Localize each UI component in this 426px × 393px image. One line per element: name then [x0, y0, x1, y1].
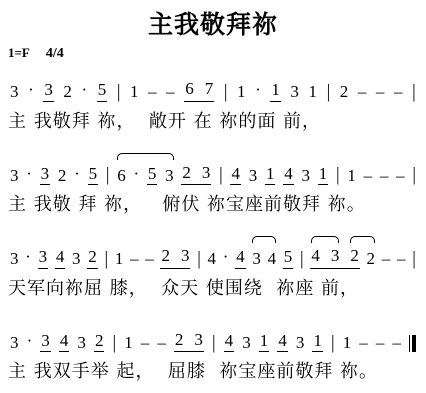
note: 2 — [87, 247, 98, 269]
note: 3 — [290, 82, 299, 102]
barline: | — [212, 331, 216, 353]
note: 3 — [40, 331, 51, 353]
note: 3 — [77, 333, 86, 353]
slur-arc — [350, 236, 375, 243]
note: 1 — [259, 331, 270, 353]
note: 1 — [343, 333, 352, 353]
note: 3 — [181, 246, 190, 267]
note: 6 — [117, 166, 126, 186]
music-line-3: 3·3432|1––23|4·4345|4322––|天军向祢屈 膝， 众天 使… — [8, 231, 418, 300]
barline: | — [113, 331, 117, 353]
barline: | — [117, 80, 121, 102]
beam-group: 23 — [174, 330, 204, 353]
note: 2 — [182, 163, 191, 184]
note: 4 — [230, 164, 241, 186]
music-line-4: 3·3432|1––23|431431|1–––主 我双手举 起， 屈膝 祢宝座… — [8, 315, 418, 384]
lyrics-row: 天军向祢屈 膝， 众天 使围绕 祢座 前， — [8, 274, 418, 300]
duration-dash: – — [380, 166, 389, 186]
duration-dash: – — [359, 333, 368, 353]
duration-dash: – — [394, 82, 403, 102]
note: 3 — [10, 333, 19, 353]
note: 1 — [347, 166, 356, 186]
duration-dash: – — [396, 166, 405, 186]
lyrics-row: 主 我敬拜 祢， 敞开 在 祢的面 前， — [8, 107, 418, 133]
note: 3 — [10, 166, 19, 186]
note: 1 — [318, 164, 329, 186]
duration-dash: – — [382, 249, 391, 269]
note: 3 — [194, 330, 203, 351]
note: 4 — [283, 164, 294, 186]
note: 3 — [249, 166, 258, 186]
note: 5 — [147, 164, 158, 186]
note: 5 — [283, 247, 294, 269]
beam-group: 432 — [310, 246, 360, 269]
note: 3 — [165, 166, 174, 186]
note: 2 — [161, 246, 170, 267]
lyrics-row: 主 我双手举 起， 屈膝 祢宝座前敬拜 祢。 — [8, 357, 418, 383]
augmentation-dot: · — [26, 164, 32, 186]
beam-group: 23 — [160, 246, 190, 269]
augmentation-dot: · — [27, 331, 33, 353]
barline: | — [331, 331, 335, 353]
duration-dash: – — [157, 333, 166, 353]
note: 3 — [10, 82, 19, 102]
note: 2 — [175, 330, 184, 351]
note: 3 — [301, 166, 310, 186]
note: 1 — [312, 331, 323, 353]
barline: | — [327, 80, 331, 102]
music-line-2: 3·32·5|6·5323|431431|1–––|主 我敬 拜 祢， 俯伏 祢… — [8, 148, 418, 217]
augmentation-dot: · — [255, 80, 261, 102]
note: 3 — [242, 333, 251, 353]
note: 3 — [72, 249, 81, 269]
note: 1 — [270, 80, 281, 102]
note: 4 — [235, 247, 246, 269]
note: 1 — [308, 82, 317, 102]
note: 1 — [115, 249, 124, 269]
note: 1 — [237, 82, 246, 102]
music-lines: 3·32·5|1––67|1·131|2–––|主 我敬拜 祢， 敞开 在 祢的… — [8, 64, 418, 383]
note: 1 — [265, 164, 276, 186]
note: 3 — [43, 80, 54, 102]
note: 2 — [58, 166, 67, 186]
note: 4 — [268, 249, 277, 269]
slur-arc — [117, 153, 173, 160]
augmentation-dot: · — [25, 247, 31, 269]
note: 2 — [350, 246, 359, 267]
sheet-music-page: 主我敬拜祢 1=F4/4 3·32·5|1––67|1·131|2–––|主 我… — [0, 0, 426, 383]
barline: | — [412, 164, 416, 186]
note: 3 — [202, 163, 211, 184]
final-barline — [409, 335, 416, 352]
duration-dash: – — [358, 82, 367, 102]
barline: | — [104, 247, 108, 269]
augmentation-dot: · — [28, 80, 34, 102]
key-signature: 1=F — [8, 45, 30, 60]
note: 6 — [185, 79, 194, 100]
song-title: 主我敬拜祢 — [8, 5, 418, 41]
duration-dash: – — [166, 82, 175, 102]
duration-dash: – — [141, 333, 150, 353]
duration-dash: – — [376, 82, 385, 102]
note: 4 — [311, 246, 320, 267]
note: 3 — [40, 164, 51, 186]
barline: | — [300, 247, 304, 269]
note: 3 — [252, 249, 261, 269]
note: 3 — [296, 333, 305, 353]
duration-dash: – — [392, 333, 401, 353]
note: 1 — [130, 82, 139, 102]
signature-row: 1=F4/4 — [8, 45, 418, 62]
duration-dash: – — [130, 249, 139, 269]
note: 3 — [10, 249, 19, 269]
augmentation-dot: · — [223, 247, 229, 269]
note: 5 — [88, 164, 99, 186]
note: 2 — [367, 249, 376, 269]
note: 3 — [38, 247, 49, 269]
notation-row: 3·3432|1––23|4·4345|4322––| — [8, 231, 418, 271]
note: 4 — [59, 331, 70, 353]
note: 2 — [340, 82, 349, 102]
note: 4 — [55, 247, 66, 269]
note: 4 — [277, 331, 288, 353]
duration-dash: – — [148, 82, 157, 102]
note: 4 — [208, 249, 217, 269]
note: 3 — [331, 246, 340, 267]
barline: | — [412, 80, 416, 102]
slur-arc — [311, 236, 339, 243]
slur-arc — [252, 236, 276, 243]
barline: | — [412, 247, 416, 269]
notation-row: 3·32·5|1––67|1·131|2–––| — [8, 64, 418, 104]
time-signature: 4/4 — [46, 46, 64, 61]
barline: | — [106, 164, 110, 186]
duration-dash: – — [376, 333, 385, 353]
beam-group: 67 — [184, 79, 214, 102]
augmentation-dot: · — [133, 164, 139, 186]
barline: | — [219, 164, 223, 186]
note: 2 — [94, 331, 105, 353]
barline: | — [224, 80, 228, 102]
note: 5 — [97, 80, 108, 102]
note: 4 — [224, 331, 235, 353]
beam-group: 23 — [181, 163, 211, 186]
barline: | — [197, 247, 201, 269]
duration-dash: – — [397, 249, 406, 269]
note: 1 — [124, 333, 133, 353]
note: 2 — [63, 82, 72, 102]
lyrics-row: 主 我敬 拜 祢， 俯伏 祢宝座前敬拜 祢。 — [8, 190, 418, 216]
notation-row: 3·3432|1––23|431431|1––– — [8, 315, 418, 355]
augmentation-dot: · — [74, 164, 80, 186]
barline: | — [336, 164, 340, 186]
note: 7 — [205, 79, 214, 100]
music-line-1: 3·32·5|1––67|1·131|2–––|主 我敬拜 祢， 敞开 在 祢的… — [8, 64, 418, 133]
augmentation-dot: · — [81, 80, 87, 102]
duration-dash: – — [364, 166, 373, 186]
duration-dash: – — [145, 249, 154, 269]
notation-row: 3·32·5|6·5323|431431|1–––| — [8, 148, 418, 188]
